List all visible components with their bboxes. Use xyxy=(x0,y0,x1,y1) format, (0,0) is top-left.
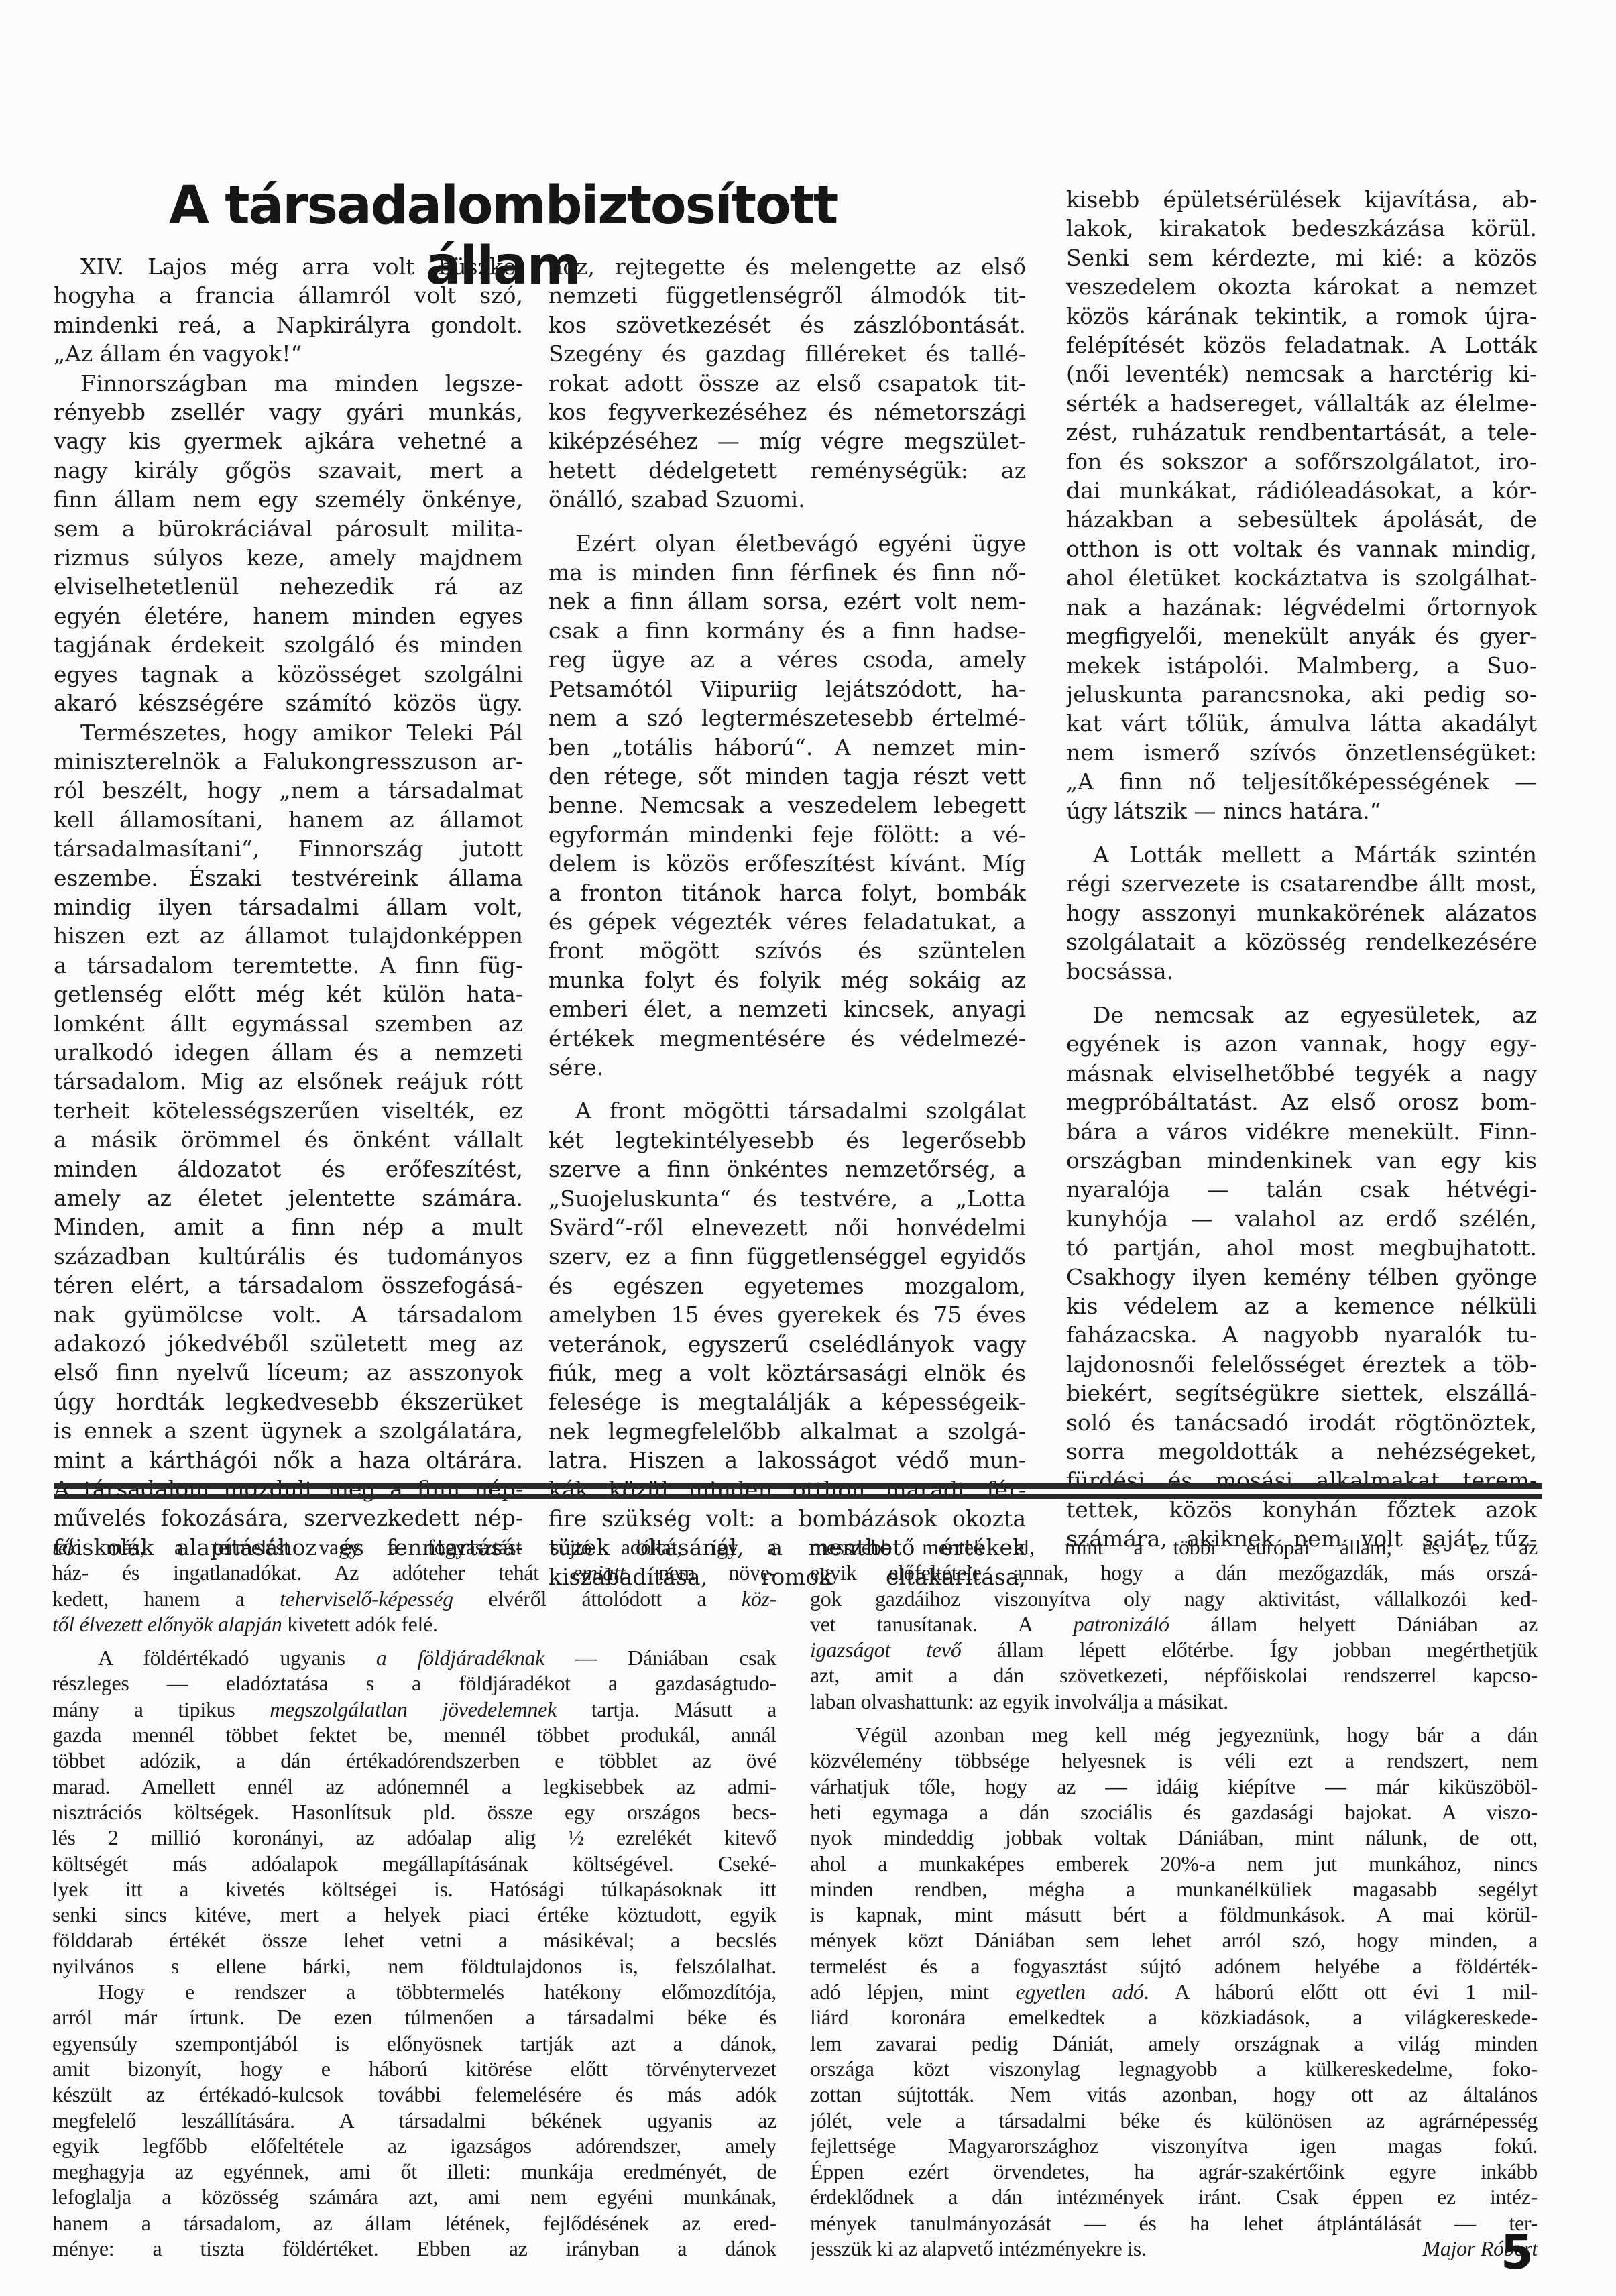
text-line: érdeklődnek a dán intézmények iránt. Csa… xyxy=(810,2184,1538,2209)
text-line: mint a kárthágói nők a haza oltárára. xyxy=(54,1446,523,1475)
text-line: hetett dédelgetett reménységük: az xyxy=(549,456,1026,485)
text-line: lés 2 millió koronányi, az adóalap alig … xyxy=(52,1825,776,1850)
text-line: vet tanusítanak. A patronizáló állam hel… xyxy=(810,1611,1538,1637)
text-line: tagjának érdekeit szolgáló és minden xyxy=(54,630,523,659)
text-line: részleges — eladóztatása s a földjáradék… xyxy=(52,1670,776,1696)
text-line: ma is minden finn férfinek és finn nő- xyxy=(549,558,1026,587)
text-line: nek a finn állam sorsa, ezért volt nem- xyxy=(549,587,1026,616)
text-line: Csakhogy ilyen kemény télben gyönge xyxy=(1066,1263,1537,1291)
text-line: zést, ruházatuk rendbentartását, a tele- xyxy=(1066,418,1537,447)
text-line: Természetes, hogy amikor Teleki Pál xyxy=(54,718,523,747)
text-line: országa közt viszonylag legnagyobb a kül… xyxy=(810,2056,1538,2081)
text-line: A Lották mellett a Márták szintén xyxy=(1066,840,1537,869)
text-line: XIV. Lajos még arra volt büszke, xyxy=(54,252,523,281)
text-line: A front mögötti társadalmi szolgálat xyxy=(549,1096,1026,1125)
text-line: Végül azonban meg kell még jegyeznünk, h… xyxy=(810,1722,1538,1747)
text-line: fiúk, meg a volt köztársasági elnök és xyxy=(549,1359,1026,1387)
page-number: 5 xyxy=(1501,2225,1534,2280)
section-divider-rule-bottom xyxy=(54,1494,1542,1499)
text-line: den rétege, sőt minden tagja részt vett xyxy=(549,762,1026,791)
text-line: nyok mindeddig jobbak voltak Dániában, m… xyxy=(810,1825,1538,1850)
text-line: Minden, amit a finn nép a mult xyxy=(54,1212,523,1241)
text-line: mények közt Dániában sem lehet arról szó… xyxy=(810,1927,1538,1953)
text-line: szerve a finn önkéntes nemzetőrség, a xyxy=(549,1155,1026,1184)
text-line: nem ismerő szívós önzetlenségüket: xyxy=(1066,738,1537,767)
text-line: nisztrációs költségek. Hasonlítsuk pld. … xyxy=(52,1799,776,1825)
text-line: bocsássa. xyxy=(1066,957,1537,986)
text-line: delem is közös erőfeszítést kívánt. Míg xyxy=(549,849,1026,878)
text-line: fire szükség volt: a bombázások okozta xyxy=(549,1504,1026,1533)
text-line: rizmus súlyos keze, amely majdnem xyxy=(54,543,523,572)
text-line: egyén életére, hanem minden egyes xyxy=(54,601,523,630)
text-line: front mögött szívós és szüntelen xyxy=(549,936,1026,965)
text-line: hoz, rejtegette és melengette az első xyxy=(549,252,1026,281)
text-line: soló és tanácsadó irodát rögtönöztek, xyxy=(1066,1408,1537,1437)
text-line: amit bizonyít, hogy e háború kitörése el… xyxy=(52,2056,776,2081)
text-line: kunyhója — valahol az erdő szélén, xyxy=(1066,1204,1537,1233)
text-line: házakban a sebesültek ápolását, de xyxy=(1066,505,1537,534)
text-line: „Suojeluskunta“ és testvére, a „Lotta xyxy=(549,1184,1026,1213)
text-line: tek más, a termelést vagy a fogyasztást … xyxy=(52,1534,776,1560)
text-line: elviselhetetlenül nehezedik rá az xyxy=(54,572,523,601)
text-line: lomként állt egymással szemben az xyxy=(54,1009,523,1038)
text-line: is ennek a szent ügynek a szolgálatára, xyxy=(54,1416,523,1445)
text-line: eszembe. Északi testvéreink állama xyxy=(54,864,523,893)
text-line: úgy látszik — nincs határa.“ xyxy=(1066,797,1537,825)
text-line: senki sincs kitéve, mert a helyek piaci … xyxy=(52,1902,776,1927)
text-line: században kultúrális és tudományos xyxy=(54,1242,523,1271)
text-line: től élvezett előnyök alapján kivetett ad… xyxy=(52,1611,776,1637)
text-line: felépítését közös feladatnak. A Lották xyxy=(1066,331,1537,359)
text-line: gok gazdáihoz viszonyítva oly nagy aktiv… xyxy=(810,1586,1538,1611)
text-line: várhatjuk tőle, hogy az — idáig kiépítve… xyxy=(810,1774,1538,1799)
text-line: liárd koronára emelkedtek a közkiadások,… xyxy=(810,2004,1538,2030)
text-line: a másik örömmel és önként vállalt xyxy=(54,1125,523,1154)
text-line: rokat adott össze az első csapatok tit- xyxy=(549,369,1026,398)
text-line: veteránok, egyszerű cselédlányok vagy xyxy=(549,1330,1026,1359)
text-line: hogy asszonyi munkakörének alázatos xyxy=(1066,899,1537,927)
text-line: „A finn nő teljesítőképességének — xyxy=(1066,767,1537,796)
text-line: veszedelem okozta károkat a nemzet xyxy=(1066,272,1537,301)
text-line: költségét más adóalapok megállapításának… xyxy=(52,1851,776,1876)
text-line: azt, amit a dán szövetkezeti, népfőiskol… xyxy=(810,1662,1538,1688)
text-line: zottan sújtották. Nem vitás azonban, hog… xyxy=(810,2081,1538,2107)
text-line: Szegény és gazdag filléreket és tallé- xyxy=(549,339,1026,368)
text-line: szolgálatait a közösség rendelkezésére xyxy=(1066,927,1537,956)
text-line: Petsamótól Viipuriig lejátszódott, ha- xyxy=(549,675,1026,703)
text-line: latra. Hiszen a lakosságot védő mun- xyxy=(549,1446,1026,1475)
text-line: meghagyja az egyénnek, ami őt illeti: mu… xyxy=(52,2159,776,2184)
text-line: kedett, hanem a teherviselő-képesség elv… xyxy=(52,1586,776,1611)
text-line: fürdési és mosási alkalmakat terem- xyxy=(1066,1466,1537,1495)
text-line: A földértékadó ugyanis a földjáradéknak … xyxy=(52,1645,776,1670)
text-line: (női leventék) nemcsak a harctérig ki- xyxy=(1066,359,1537,388)
text-line: messzebb mentek el, mint a többi európai… xyxy=(810,1534,1538,1560)
text-line: De nemcsak az egyesületek, az xyxy=(1066,1000,1537,1029)
text-line: tó partján, ahol most megbujhatott. xyxy=(1066,1233,1537,1262)
text-line: sére. xyxy=(549,1053,1026,1082)
text-line: és egészen egyetemes mozgalom, xyxy=(549,1271,1026,1300)
text-line: művelés fokozására, szervezkedett nép- xyxy=(54,1503,523,1532)
article-column-3: kisebb épületsérülések kijavítása, ab-la… xyxy=(1066,185,1537,1554)
text-line: munka folyt és folyik még sokáig az xyxy=(549,966,1026,994)
text-line: fejlettsége Magyarországhoz viszonyítva … xyxy=(810,2133,1538,2159)
text-line: marad. Amellett ennél az adónemnél a leg… xyxy=(52,1774,776,1799)
text-line: amely az életet jelentette számára. xyxy=(54,1184,523,1212)
text-line: mindig ilyen társadalmi állam volt, xyxy=(54,893,523,921)
text-line: ahol a munkaképes emberek 20%-a nem jut … xyxy=(810,1851,1538,1876)
text-line: lakok, kirakatok bedeszkázása körül. xyxy=(1066,214,1537,243)
text-line: termelést és a fogyasztást sújtó adónem … xyxy=(810,1953,1538,1979)
text-line: nek legmegfelelőbb alkalmat a szolgá- xyxy=(549,1417,1026,1446)
text-line: uralkodó idegen állam és a nemzeti xyxy=(54,1038,523,1067)
text-line: kiképzéséhez — míg végre megszület- xyxy=(549,426,1026,455)
text-line: miniszterelnök a Falukongresszuson ar- xyxy=(54,747,523,776)
text-line: megfigyelői, menekült anyák és gyer- xyxy=(1066,622,1537,650)
text-line: megfelelő leszállítására. A társadalmi b… xyxy=(52,2108,776,2133)
text-line: rényebb zsellér vagy gyári munkás, xyxy=(54,398,523,426)
text-line: dai munkákat, rádióleadásokat, a kór- xyxy=(1066,476,1537,505)
text-line: Senki sem kérdezte, mi kié: a közös xyxy=(1066,243,1537,272)
text-line: mekek istápolói. Malmberg, a Suo- xyxy=(1066,651,1537,680)
text-line: kák közül minden otthon maradt fér- xyxy=(549,1475,1026,1504)
text-line: kat várt tőlük, ámulva látta akadályt xyxy=(1066,709,1537,738)
text-line: régi szervezete is csatarendbe állt most… xyxy=(1066,869,1537,898)
section-divider-rule-top xyxy=(54,1483,1542,1489)
continuation-column-left: tek más, a termelést vagy a fogyasztást … xyxy=(52,1534,776,2261)
text-line: kis védelem az a kemence nélküli xyxy=(1066,1291,1537,1320)
text-line: értékek megmentésére és védelmezé- xyxy=(549,1024,1026,1053)
text-line: önálló, szabad Szuomi. xyxy=(549,485,1026,514)
text-line: nak a hazának: légvédelmi őrtornyok xyxy=(1066,593,1537,622)
text-line: másnak elviselhetőbbé tegyék a nagy xyxy=(1066,1059,1537,1088)
text-line: finn állam nem egy személy önkénye, xyxy=(54,485,523,514)
text-line: egyének is azon vannak, hogy egy- xyxy=(1066,1029,1537,1058)
text-line: Finnországban ma minden legsze- xyxy=(54,369,523,398)
text-line: egyik legfőbb előfeltétele az igazságos … xyxy=(52,2133,776,2159)
text-line: reg ügye az a véres csoda, amely xyxy=(549,645,1026,674)
article-column-1: XIV. Lajos még arra volt büszke,hogyha a… xyxy=(54,252,523,1562)
text-line: „Az állam én vagyok!“ xyxy=(54,339,523,368)
text-line: heti egymaga a dán szociális és gazdaság… xyxy=(810,1799,1538,1825)
text-line: közvélemény többsége helyesnek is véli e… xyxy=(810,1747,1538,1773)
text-line: fon és sokszor a sofőrszolgálatot, iro- xyxy=(1066,447,1537,476)
text-line: Éppen ezért örvendetes, ha agrár-szakért… xyxy=(810,2159,1538,2184)
text-line: lem zavarai pedig Dániát, amely országna… xyxy=(810,2030,1538,2056)
text-line: egyes tagnak a közösséget szolgálni xyxy=(54,660,523,689)
text-line: egyformán mindenki feje fölött: a vé- xyxy=(549,820,1026,849)
text-line: sérték a hadsereget, vállalták az élelme… xyxy=(1066,389,1537,418)
text-line: nagy király gőgös szavait, mert a xyxy=(54,456,523,485)
text-line: nyilvános s ellene bárki, nem földtulajd… xyxy=(52,1953,776,1979)
text-line: benne. Nemcsak a veszedelem lebegett xyxy=(549,791,1026,819)
text-line: terheit kötelességszerűen viselték, ez xyxy=(54,1096,523,1125)
text-line: getlenség előtt még két külön hata- xyxy=(54,980,523,1009)
text-line: laban olvashattunk: az egyik involválja … xyxy=(810,1688,1538,1714)
text-line: nem a szó legtermészetesebb értelmé- xyxy=(549,703,1026,732)
text-line: ról beszélt, hogy „nem a társadalmat xyxy=(54,776,523,805)
text-line: első finn nyelvű líceum; az asszonyok xyxy=(54,1358,523,1387)
text-line: Svärd“-ről elnevezett női honvédelmi xyxy=(549,1213,1026,1242)
text-line: téren elért, a társadalom összefogásá- xyxy=(54,1271,523,1300)
text-line: kos szövetkezését és zászlóbontását. xyxy=(549,310,1026,339)
text-line: lajdonosnői felelősséget éreztek a töb- xyxy=(1066,1350,1537,1379)
text-line: akaró készségére számító közös ügy. xyxy=(54,689,523,717)
text-line: két legtekintélyesebb és legerősebb xyxy=(549,1126,1026,1155)
text-line: lyek itt a kivetés költségei is. Hatóság… xyxy=(52,1876,776,1902)
text-line: a fronton titánok harca folyt, bombák xyxy=(549,878,1026,907)
text-line: nak gyümölcse volt. A társadalom xyxy=(54,1300,523,1329)
text-line: hogyha a francia államról volt szó, xyxy=(54,281,523,310)
text-line: a társadalom teremtette. A finn füg- xyxy=(54,951,523,980)
text-line: hanem a társadalom, az állam létének, fe… xyxy=(52,2210,776,2236)
text-line: és gépek végezték véres feladatukat, a xyxy=(549,907,1026,936)
text-line: felesége is megtalálják a képességeik- xyxy=(549,1387,1026,1416)
text-line: ház- és ingatlanadókat. Az adóteher tehá… xyxy=(52,1560,776,1585)
text-line: egyik előfeltétele annak, hogy a dán mez… xyxy=(810,1560,1538,1585)
text-line: arról már írtunk. De ezen túlmenően a tá… xyxy=(52,2004,776,2030)
text-line: csak a finn kormány és a finn hadse- xyxy=(549,616,1026,645)
text-line: minden rendben, mégha a munkanélküliek m… xyxy=(810,1876,1538,1902)
article-column-2: hoz, rejtegette és melengette az elsőnem… xyxy=(549,252,1026,1591)
text-line: jólét, vele a társadalmi béke és különös… xyxy=(810,2108,1538,2133)
text-line: is kapnak, mint másutt bért a földmunkás… xyxy=(810,1902,1538,1927)
text-line: szerv, ez a finn függetlenséggel egyidős xyxy=(549,1242,1026,1271)
text-line: tettek, közös konyhán főztek azok xyxy=(1066,1495,1537,1524)
text-line: sem a bürokráciával párosult milita- xyxy=(54,514,523,543)
text-line: bára a város vidékre menekült. Finn- xyxy=(1066,1117,1537,1146)
text-line: kos fegyverkezéséhez és németországi xyxy=(549,398,1026,426)
text-line: biekért, segítségükre siettek, elszállá- xyxy=(1066,1379,1537,1408)
text-line: ben „totális háború“. A nemzet min- xyxy=(549,733,1026,762)
text-line: adó lépjen, mint egyetlen adó. A háború … xyxy=(810,1979,1538,2004)
text-line: minden áldozatot és erőfeszítést, xyxy=(54,1155,523,1184)
text-line: mány a tipikus megszolgálatlan jövedelem… xyxy=(52,1697,776,1722)
text-line: vagy kis gyermek ajkára vehetné a xyxy=(54,426,523,455)
text-line: gazda mennél többet fektet be, mennél tö… xyxy=(52,1722,776,1747)
text-line: adakozó jókedvéből született meg az xyxy=(54,1329,523,1358)
text-line: hiszen ezt az államot tulajdonképpen xyxy=(54,921,523,950)
text-line: sorra megoldották a nehézségeket, xyxy=(1066,1437,1537,1466)
text-line: úgy hordták legkedvesebb ékszerüket xyxy=(54,1387,523,1416)
continuation-column-right: messzebb mentek el, mint a többi európai… xyxy=(810,1534,1538,2261)
text-line: igazságot tevő állam lépett előtérbe. Íg… xyxy=(810,1637,1538,1662)
text-line: faházacska. A nagyobb nyaralók tu- xyxy=(1066,1320,1537,1349)
text-line: Ezért olyan életbevágó egyéni ügye xyxy=(549,529,1026,558)
text-line: kell államosítani, hanem az államot xyxy=(54,805,523,834)
text-line: jeluskunta parancsnoka, aki pedig so- xyxy=(1066,680,1537,709)
text-line: földdarab értékét össze lehet vetni a má… xyxy=(52,1927,776,1953)
text-line: mindenki reá, a Napkirályra gondolt. xyxy=(54,310,523,339)
text-line: egyensúly szempontjából is előnyösnek ta… xyxy=(52,2030,776,2056)
text-line: társadalom. Mig az elsőnek reájuk rótt xyxy=(54,1067,523,1096)
text-line: többet adózik, a dán értékadórendszerben… xyxy=(52,1747,776,1773)
text-line: nyaralója — talán csak hétvégi- xyxy=(1066,1175,1537,1204)
text-line: mények tanulmányozását — és ha lehet átp… xyxy=(810,2210,1538,2236)
text-line: társadalmasítani“, Finnország jutott xyxy=(54,834,523,863)
text-line: jesszük ki az alapvető intézményekre is.… xyxy=(810,2236,1538,2261)
text-line: országban mindenkinek van egy kis xyxy=(1066,1146,1537,1175)
text-line: otthon is ott voltak és vannak mindig, xyxy=(1066,534,1537,563)
text-line: lefoglalja a közösség számára azt, ami n… xyxy=(52,2184,776,2209)
text-line: készült az értékadó-kulcsok további fele… xyxy=(52,2081,776,2107)
text-line: nemzeti függetlenségről álmodók tit- xyxy=(549,281,1026,310)
text-line: közös kárának tekintik, a romok újra- xyxy=(1066,302,1537,331)
text-line: ahol életüket kockáztatva is szolgálhat- xyxy=(1066,563,1537,592)
text-line: amelyben 15 éves gyerekek és 75 éves xyxy=(549,1300,1026,1329)
text-line: ménye: a tiszta földértéket. Ebben az ir… xyxy=(52,2236,776,2261)
text-line: Hogy e rendszer a többtermelés hatékony … xyxy=(52,1979,776,2004)
text-line: emberi élet, a nemzeti kincsek, anyagi xyxy=(549,994,1026,1023)
text-line: megpróbáltatást. Az első orosz bom- xyxy=(1066,1088,1537,1116)
text-line: kisebb épületsérülések kijavítása, ab- xyxy=(1066,185,1537,214)
